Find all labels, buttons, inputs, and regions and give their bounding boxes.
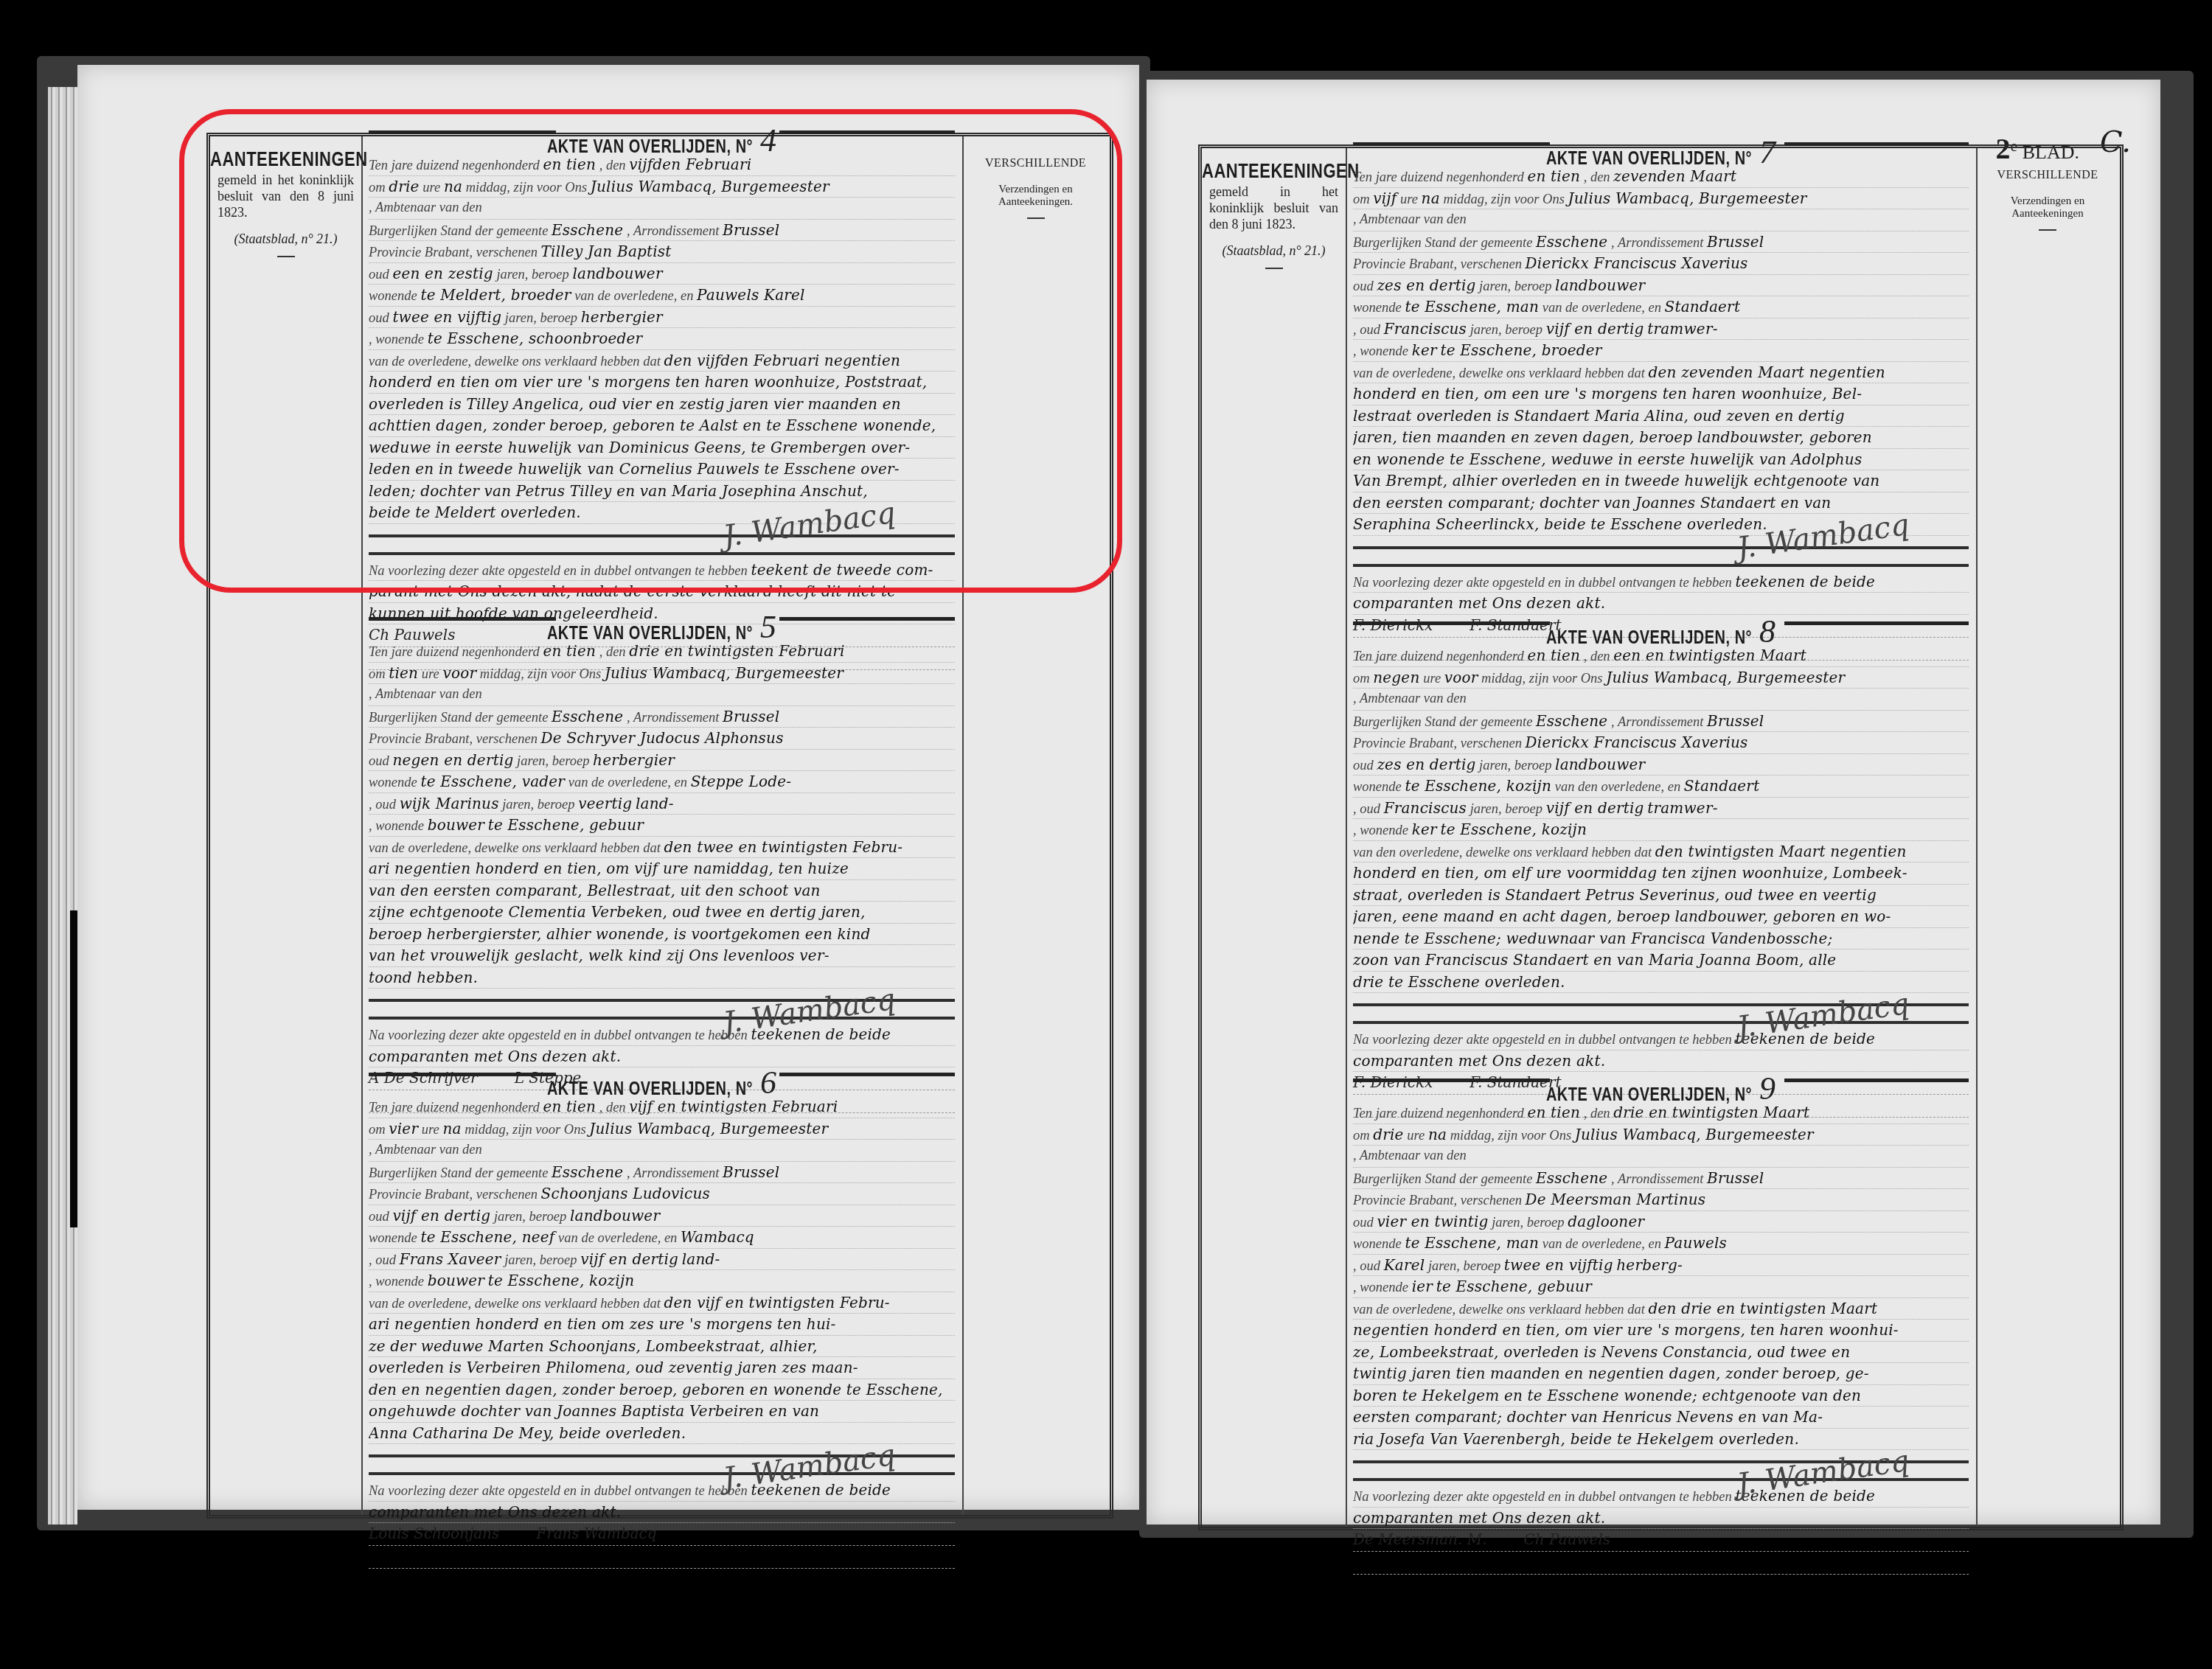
printed-text: van de overledene, en [1543, 301, 1661, 316]
printed-text: ure [1407, 1129, 1425, 1143]
act-body: Ten jare duizend negenhonderd en tien , … [1353, 645, 1969, 1118]
printed-text: Burgerlijken Stand der gemeente [369, 1166, 548, 1181]
printed-text: jaren, beroep [517, 754, 589, 769]
printed-text: Provincie Brabant, verschenen [1353, 736, 1522, 751]
handwritten-text: ker [1412, 820, 1437, 838]
handwritten-text: Esschene [552, 1163, 623, 1181]
handwritten-text: negen [1373, 669, 1419, 686]
printed-text: oud [369, 268, 389, 282]
handwritten-text: drie te Esschene overleden. [1353, 973, 1565, 991]
act-line: oud zes en dertig jaren, beroep landbouw… [1353, 275, 1969, 297]
closing-handwritten: comparanten met Ons dezen akt. [369, 1503, 621, 1521]
printed-text: middag, zijn voor Ons [480, 667, 601, 682]
handwritten-text: weduwe in eerste huwelijk van Dominicus … [369, 439, 910, 456]
handwritten-text: Julius Wambacq, Burgemeester [591, 178, 829, 195]
act-line: Ten jare duizend negenhonderd en tien , … [1353, 1102, 1969, 1124]
handwritten-text: nende te Esschene; weduwnaar van Francis… [1353, 930, 1833, 947]
act-line: ze, Lombeekstraat, overleden is Nevens C… [1353, 1342, 1969, 1364]
handwritten-text: landbouwer [1555, 276, 1645, 294]
handwritten-text: voor [442, 664, 476, 682]
printed-text: van de overledene, dewelke ons verklaard… [369, 355, 661, 369]
printed-text: jaren, beroep [1428, 1259, 1500, 1274]
closing-handwritten: comparanten met Ons dezen akt. [369, 1048, 621, 1065]
act-line: ari negentien honderd en tien, om vijf u… [369, 858, 955, 880]
act-line: van de overledene, dewelke ons verklaard… [369, 1292, 955, 1314]
handwritten-text: vijf en dertig [392, 1207, 490, 1224]
handwritten-text: te Esschene, kozijn [1405, 777, 1551, 795]
printed-text: om [369, 181, 386, 195]
death-act[interactable]: AKTE VAN OVERLIJDEN, N° 6 Ten jare duize… [369, 1064, 955, 1536]
act-line: wonende te Esschene, man van de overlede… [1353, 1233, 1969, 1255]
handwritten-text: ria Josefa Van Vaerenbergh, beide te Hek… [1353, 1430, 1799, 1448]
handwritten-text: te Esschene, vader [420, 773, 565, 790]
printed-text: Ten jare duizend negenhonderd [1353, 649, 1524, 664]
printed-text: , oud [1353, 323, 1380, 338]
printed-text: Provincie Brabant, verschenen [369, 1188, 538, 1202]
handwritten-text: zevenden Maart [1613, 167, 1736, 185]
printed-text: , Ambtenaar van den [369, 201, 482, 215]
handwritten-text: twee en vijftig [392, 308, 501, 326]
closing-line: comparanten met Ons dezen akt. [369, 1502, 955, 1524]
printed-text: , wonende [1353, 344, 1408, 359]
handwritten-text: drie en twintigsten Maart [1613, 1104, 1809, 1121]
closing-line: Na voorlezing dezer akte opgesteld en in… [1353, 571, 1969, 593]
closing-line: Na voorlezing dezer akte opgesteld en in… [369, 1480, 955, 1502]
handwritten-text: vijf [1373, 189, 1397, 207]
handwritten-text: te Esschene, gebuur [1436, 1278, 1592, 1295]
act-line: straat, overleden is Standaert Petrus Se… [1353, 885, 1969, 907]
handwritten-text: ze, Lombeekstraat, overleden is Nevens C… [1353, 1343, 1850, 1361]
title-bar [369, 617, 556, 621]
handwritten-text: den vijfden Februari negentien [664, 352, 901, 369]
printed-text: oud [369, 754, 389, 769]
death-act[interactable]: AKTE VAN OVERLIJDEN, N° 7 Ten jare duize… [1353, 133, 1969, 605]
title-bar [369, 1073, 556, 1076]
handwritten-text: voor [1444, 669, 1478, 686]
act-line: , wonende ker te Esschene, kozijn [1353, 819, 1969, 841]
handwritten-text: twee en vijftig [1504, 1256, 1613, 1274]
closing-line: Na voorlezing dezer akte opgesteld en in… [1353, 1485, 1969, 1508]
handwritten-text: den eersten comparant; dochter van Joann… [1353, 494, 1831, 512]
printed-text: , den [1584, 649, 1610, 664]
divider [277, 256, 295, 257]
handwritten-text: Karel [1384, 1256, 1425, 1274]
handwritten-text: een en twintigsten Maart [1613, 647, 1806, 664]
handwritten-text: vijf en dertig [580, 1250, 678, 1268]
handwritten-text: eersten comparant; dochter van Henricus … [1353, 1408, 1823, 1426]
margin-notes-title: AANTEEKENINGEN [1202, 159, 1346, 184]
title-bar [1784, 142, 1969, 146]
title-bar [1353, 1079, 1550, 1082]
act-line: , Ambtenaar van den [1353, 209, 1969, 231]
handwritten-text: jaren, eene maand en acht dagen, beroep … [1353, 907, 1891, 925]
title-bar [1353, 142, 1550, 146]
printed-text: , Arrondissement [627, 224, 719, 239]
act-line: van de overledene, dewelke ons verklaard… [369, 837, 955, 859]
printed-text: van den overledene, dewelke ons verklaar… [1353, 846, 1652, 860]
handwritten-text: Julius Wambacq, Burgemeester [1575, 1126, 1814, 1143]
side-column-subtitle: Verzendingen en Aanteekeningen [1978, 195, 2118, 220]
act-body: Ten jare duizend negenhonderd en tien , … [369, 154, 955, 670]
handwritten-text: honderd en tien, om elf ure voormiddag t… [1353, 864, 1907, 882]
act-line: honderd en tien, om een ure 's morgens t… [1353, 383, 1969, 405]
handwritten-text: ari negentien honderd en tien, om vijf u… [369, 860, 849, 877]
printed-text: , wonende [369, 819, 424, 834]
printed-text: wonende [369, 289, 417, 304]
printed-text: wonende [1353, 301, 1402, 316]
printed-text: , Arrondissement [627, 711, 719, 725]
printed-text: van de overledene, en [1543, 1237, 1661, 1252]
handwritten-text: en tien [1527, 1104, 1580, 1121]
handwritten-text: te Meldert, broeder [420, 286, 571, 304]
act-line: , Ambtenaar van den [369, 684, 955, 706]
printed-text: , Ambtenaar van den [369, 1143, 482, 1157]
printed-text: , Arrondissement [1611, 1172, 1703, 1187]
act-line: , wonende ier te Esschene, gebuur [1353, 1276, 1969, 1298]
handwritten-text: te Esschene, broeder [1440, 341, 1601, 359]
act-line: weduwe in eerste huwelijk van Dominicus … [369, 437, 955, 459]
handwritten-text: honderd en tien om vier ure 's morgens t… [369, 373, 927, 391]
act-line: , wonende te Esschene, schoonbroeder [369, 328, 955, 350]
handwritten-text: Dierickx Franciscus Xaverius [1526, 254, 1748, 272]
handwritten-text: beroep herbergierster, alhier wonende, i… [369, 925, 871, 943]
column-rule [1976, 148, 1978, 1527]
filler-rule [369, 542, 955, 555]
witness-signature: De Meersman. M. [1353, 1530, 1487, 1548]
closing-printed: Na voorlezing dezer akte opgesteld en in… [1353, 1033, 1732, 1048]
printed-text: van de overledene, dewelke ons verklaard… [1353, 1303, 1645, 1317]
printed-text: , oud [1353, 802, 1380, 817]
left-page: AANTEEKENINGEN gemeld in het koninklijk … [77, 65, 1139, 1510]
open-register-book: AANTEEKENINGEN gemeld in het koninklijk … [77, 65, 2160, 1576]
act-line: Burgerlijken Stand der gemeente Esschene… [1353, 1168, 1969, 1190]
handwritten-text: en tien [543, 642, 596, 660]
handwritten-text: den drie en twintigsten Maart [1649, 1300, 1878, 1317]
handwritten-text: land- [682, 1250, 720, 1268]
handwritten-text: Pauwels Karel [697, 286, 805, 304]
printed-text: , den [599, 645, 626, 660]
act-line: , oud Franciscus jaren, beroep vijf en d… [1353, 798, 1969, 820]
act-line: wonende te Meldert, broeder van de overl… [369, 285, 955, 307]
handwritten-text: negentien honderd en tien, om vier ure '… [1353, 1321, 1899, 1339]
printed-text: om [369, 667, 386, 682]
handwritten-text: zes en dertig [1377, 756, 1475, 773]
handwritten-text: landbouwer [570, 1207, 660, 1224]
printed-text: Provincie Brabant, verschenen [369, 245, 538, 260]
act-line: achttien dagen, zonder beroep, geboren t… [369, 415, 955, 437]
act-number: 4 [760, 122, 776, 158]
handwritten-text: Tilley Jan Baptist [541, 243, 672, 260]
closing-handwritten: comparanten met Ons dezen akt. [1353, 594, 1605, 612]
printed-text: Burgerlijken Stand der gemeente [369, 711, 548, 725]
act-line: jaren, tien maanden en zeven dagen, bero… [1353, 427, 1969, 449]
printed-text: , oud [1353, 1259, 1380, 1274]
act-line: om tien ure voor middag, zijn voor Ons J… [369, 663, 955, 685]
act-line: , Ambtenaar van den [1353, 689, 1969, 711]
act-line: beroep herbergierster, alhier wonende, i… [369, 924, 955, 946]
margin-notes-text: gemeld in het koninklijk besluit van den… [218, 172, 354, 220]
margin-notes: AANTEEKENINGEN gemeld in het koninklijk … [210, 136, 361, 266]
witness-signature: Frans Wambacq [536, 1525, 656, 1542]
handwritten-text: en tien [1527, 167, 1580, 185]
act-body: Ten jare duizend negenhonderd en tien , … [1353, 166, 1969, 661]
act-line: om drie ure na middag, zijn voor Ons Jul… [369, 176, 955, 198]
handwritten-text: drie en twintigsten Februari [629, 642, 844, 660]
death-act[interactable]: AKTE VAN OVERLIJDEN, N° 4 Ten jare duize… [369, 122, 955, 593]
handwritten-text: Van Brempt, alhier overleden en in tweed… [1353, 472, 1879, 489]
handwritten-text: na [444, 178, 462, 195]
handwritten-text: jaren, tien maanden en zeven dagen, bero… [1353, 428, 1872, 446]
handwritten-text: ongehuwde dochter van Joannes Baptista V… [369, 1402, 819, 1420]
act-line: , Ambtenaar van den [1353, 1146, 1969, 1168]
printed-text: , Arrondissement [627, 1166, 719, 1181]
margin-notes-title: AANTEEKENINGEN [210, 147, 361, 172]
printed-text: middag, zijn voor Ons [465, 1123, 585, 1137]
printed-text: jaren, beroep [1470, 323, 1543, 338]
act-line: , oud Frans Xaveer jaren, beroep vijf en… [369, 1249, 955, 1271]
handwritten-text: leden en in tweede huwelijk van Corneliu… [369, 460, 900, 478]
death-act[interactable]: AKTE VAN OVERLIJDEN, N° 9 Ten jare duize… [1353, 1070, 1969, 1541]
handwritten-text: negen en dertig [392, 751, 513, 769]
handwritten-text: Schoonjans Ludovicus [541, 1185, 710, 1202]
printed-text: middag, zijn voor Ons [1450, 1129, 1571, 1143]
handwritten-text: ze der weduwe Marten Schoonjans, Lombeek… [369, 1337, 818, 1355]
act-line: en wonende te Esschene, weduwe in eerste… [1353, 449, 1969, 471]
printed-text: om [1353, 192, 1370, 207]
printed-text: oud [369, 311, 389, 326]
handwritten-text: straat, overleden is Standaert Petrus Se… [1353, 886, 1877, 904]
handwritten-text: een en zestig [392, 265, 493, 282]
printed-text: , Ambtenaar van den [1353, 212, 1467, 227]
handwritten-text: te Esschene, man [1405, 298, 1539, 316]
act-line: leden en in tweede huwelijk van Corneliu… [369, 459, 955, 481]
act-line: van de overledene, dewelke ons verklaard… [369, 350, 955, 372]
act-line: oud negen en dertig jaren, beroep herber… [369, 750, 955, 772]
death-act[interactable]: AKTE VAN OVERLIJDEN, N° 8 Ten jare duize… [1353, 613, 1969, 1084]
act-line: jaren, eene maand en acht dagen, beroep … [1353, 906, 1969, 928]
handwritten-text: Julius Wambacq, Burgemeester [605, 664, 844, 682]
handwritten-text: vijf en dertig [1546, 799, 1644, 817]
death-act[interactable]: AKTE VAN OVERLIJDEN, N° 5 Ten jare duize… [369, 608, 955, 1080]
closing-handwritten: teekenen de beide [1735, 573, 1875, 590]
handwritten-text: te Esschene, man [1405, 1234, 1539, 1252]
act-line: toond hebben. [369, 967, 955, 989]
printed-text: , den [1584, 170, 1610, 185]
title-bar [1784, 621, 1969, 625]
handwritten-text: na [1428, 1126, 1447, 1143]
title-bar [779, 617, 956, 621]
title-bar [779, 1073, 956, 1076]
side-column-title: VERSCHILLENDE [1978, 169, 2118, 182]
act-line: , wonende bouwer te Esschene, gebuur [369, 815, 955, 837]
witness-signature: Ch Pauwels [1524, 1530, 1611, 1548]
closing-handwritten: teekent de tweede com- [751, 561, 933, 579]
act-number: 8 [1759, 613, 1775, 649]
handwritten-text: en tien [543, 1098, 596, 1115]
handwritten-text: te Esschene, neef [420, 1228, 554, 1246]
handwritten-text: Julius Wambacq, Burgemeester [589, 1120, 828, 1137]
column-rule [361, 136, 363, 1515]
handwritten-text: Brussel [723, 221, 779, 239]
handwritten-text: Franciscus [1384, 799, 1467, 817]
handwritten-text: van het vrouwelijk geslacht, welk kind z… [369, 947, 829, 964]
act-line: wonende te Esschene, vader van de overle… [369, 771, 955, 793]
closing-printed: Na voorlezing dezer akte opgesteld en in… [1353, 1490, 1732, 1505]
act-line: nende te Esschene; weduwnaar van Francis… [1353, 928, 1969, 950]
handwritten-text: ier [1412, 1278, 1433, 1295]
act-line: Burgerlijken Stand der gemeente Esschene… [369, 220, 955, 242]
act-line: , oud Franciscus jaren, beroep vijf en d… [1353, 318, 1969, 341]
printed-text: ure [1400, 192, 1418, 207]
act-body: Ten jare duizend negenhonderd en tien , … [369, 1096, 955, 1569]
handwritten-text: zes en dertig [1377, 276, 1475, 294]
printed-text: Ten jare duizend negenhonderd [1353, 1107, 1524, 1121]
signature-row: Louis SchoonjansFrans Wambacq [369, 1523, 955, 1546]
handwritten-text: Esschene [1536, 1169, 1607, 1187]
handwritten-text: drie [1373, 1126, 1403, 1143]
act-line: oud twee en vijftig jaren, beroep herber… [369, 307, 955, 329]
handwritten-text: herbergier [593, 751, 675, 769]
handwritten-text: Wambacq [681, 1228, 754, 1246]
act-line: van den eersten comparant, Bellestraat, … [369, 880, 955, 902]
printed-text: van de overledene, dewelke ons verklaard… [369, 841, 661, 856]
column-rule [962, 136, 964, 1515]
act-title: AKTE VAN OVERLIJDEN, N° 7 [1353, 133, 1969, 156]
printed-text: , oud [369, 1253, 396, 1268]
act-line: Provincie Brabant, verschenen Tilley Jan… [369, 241, 955, 263]
printed-text: Ten jare duizend negenhonderd [369, 158, 540, 173]
act-line: , oud wijk Marinus jaren, beroep veertig… [369, 793, 955, 815]
act-title: AKTE VAN OVERLIJDEN, N° 6 [369, 1064, 955, 1086]
act-title: AKTE VAN OVERLIJDEN, N° 4 [369, 122, 955, 144]
handwritten-text: vijf en dertig [1546, 320, 1644, 338]
handwritten-text: Seraphina Scheerlinckx, beide te Esschen… [1353, 515, 1767, 533]
printed-text: jaren, beroep [494, 1210, 566, 1224]
right-page-frame: AANTEEKENINGEN gemeld in het koninklijk … [1198, 144, 2124, 1530]
printed-text: , Ambtenaar van den [369, 687, 482, 702]
handwritten-text: landbouwer [1555, 756, 1645, 773]
printed-text: ure [422, 667, 439, 682]
divider [1027, 217, 1045, 219]
handwritten-text: Brussel [723, 708, 779, 725]
closing-printed: Na voorlezing dezer akte opgesteld en in… [1353, 576, 1732, 590]
act-number: 7 [1759, 134, 1775, 170]
act-line: om vijf ure na middag, zijn voor Ons Jul… [1353, 188, 1969, 210]
handwritten-text: tramwer- [1647, 799, 1717, 817]
printed-text: jaren, beroep [505, 311, 577, 326]
act-line: Anna Catharina De Mey, beide overleden. [369, 1423, 955, 1445]
signature-row [369, 1546, 955, 1569]
act-line: om vier ure na middag, zijn voor Ons Jul… [369, 1118, 955, 1140]
printed-text: Ten jare duizend negenhonderd [369, 645, 540, 660]
page-edges [48, 87, 77, 1525]
left-page-frame: AANTEEKENINGEN gemeld in het koninklijk … [206, 133, 1113, 1519]
printed-text: wonende [369, 776, 417, 790]
closing-handwritten: comparanten met Ons dezen akt. [1353, 1509, 1605, 1527]
handwritten-text: den en negentien dagen, zonder beroep, g… [369, 1381, 943, 1398]
act-line: oud vijf en dertig jaren, beroep landbou… [369, 1205, 955, 1227]
printed-text: middag, zijn voor Ons [466, 181, 587, 195]
divider [1265, 268, 1283, 269]
act-line: Ten jare duizend negenhonderd en tien , … [1353, 166, 1969, 188]
handwritten-text: Esschene [552, 708, 623, 725]
printed-text: middag, zijn voor Ons [1481, 672, 1602, 686]
handwritten-text: te Esschene, kozijn [1440, 820, 1587, 838]
witness-signature: Louis Schoonjans [369, 1525, 499, 1542]
handwritten-text: en tien [543, 156, 596, 173]
handwritten-text: vijfden Februari [629, 156, 751, 173]
handwritten-text: honderd en tien, om een ure 's morgens t… [1353, 385, 1862, 403]
handwritten-text: Frans Xaveer [400, 1250, 501, 1268]
act-line: , wonende bouwer te Esschene, kozijn [369, 1270, 955, 1292]
printed-text: Ten jare duizend negenhonderd [369, 1101, 540, 1115]
handwritten-text: Standaert [1684, 777, 1760, 795]
handwritten-text: Brussel [1707, 712, 1764, 730]
handwritten-text: tien [389, 664, 418, 682]
act-line: Provincie Brabant, verschenen De Schryve… [369, 728, 955, 750]
act-line: Burgerlijken Stand der gemeente Esschene… [1353, 231, 1969, 254]
closing-line: Na voorlezing dezer akte opgesteld en in… [369, 560, 955, 582]
printed-text: wonende [369, 1231, 417, 1246]
handwritten-text: bouwer [428, 1272, 484, 1289]
act-line: wonende te Esschene, man van de overlede… [1353, 296, 1969, 318]
handwritten-text: landbouwer [572, 265, 662, 282]
printed-text: , den [599, 1101, 626, 1115]
handwritten-text: Brussel [723, 1163, 779, 1181]
printed-text: om [1353, 672, 1370, 686]
printed-text: Provincie Brabant, verschenen [1353, 1194, 1522, 1208]
act-line: drie te Esschene overleden. [1353, 972, 1969, 994]
act-number: 6 [760, 1065, 776, 1101]
printed-text: , wonende [369, 332, 424, 347]
printed-text: van de overledene, dewelke ons verklaard… [1353, 366, 1645, 381]
side-column: VERSCHILLENDE Verzendingen en Aanteekeni… [964, 136, 1107, 228]
printed-text: middag, zijn voor Ons [1443, 192, 1564, 207]
handwritten-text: den twintigsten Maart negentien [1655, 843, 1907, 860]
act-line: overleden is Tilley Angelica, oud vier e… [369, 394, 955, 416]
printed-text: Burgerlijken Stand der gemeente [369, 224, 548, 239]
margin-notes-ref: (Staatsblad, n° 21.) [1209, 243, 1338, 259]
act-line: , wonende ker te Esschene, broeder [1353, 340, 1969, 362]
printed-text: Ten jare duizend negenhonderd [1353, 170, 1524, 185]
act-line: twintig jaren tien maanden en negentien … [1353, 1363, 1969, 1385]
signature-row: De Meersman. M.Ch Pauwels [1353, 1529, 1969, 1552]
act-line: Burgerlijken Stand der gemeente Esschene… [369, 706, 955, 728]
handwritten-text: Brussel [1707, 1169, 1764, 1187]
handwritten-text: Esschene [1536, 233, 1607, 251]
printed-text: jaren, beroep [504, 1253, 577, 1268]
printed-text: , Ambtenaar van den [1353, 691, 1467, 706]
act-body: Ten jare duizend negenhonderd en tien , … [1353, 1102, 1969, 1575]
act-line: om negen ure voor middag, zijn voor Ons … [1353, 667, 1969, 689]
title-bar [1353, 621, 1550, 625]
act-line: zijne echtgenoote Clementia Verbeken, ou… [369, 902, 955, 924]
side-column-subtitle: Verzendingen en Aanteekeningen. [964, 184, 1107, 209]
handwritten-text: en wonende te Esschene, weduwe in eerste… [1353, 450, 1862, 468]
handwritten-text: Steppe Lode- [691, 773, 792, 790]
printed-text: jaren, beroep [1492, 1216, 1564, 1230]
act-line: Provincie Brabant, verschenen Dierickx F… [1353, 732, 1969, 754]
handwritten-text: na [442, 1120, 461, 1137]
act-line: Provincie Brabant, verschenen De Meersma… [1353, 1189, 1969, 1211]
margin-notes: AANTEEKENINGEN gemeld in het koninklijk … [1202, 148, 1346, 278]
act-line: den eersten comparant; dochter van Joann… [1353, 492, 1969, 515]
handwritten-text: achttien dagen, zonder beroep, geboren t… [369, 417, 936, 434]
title-bar [779, 130, 956, 134]
printed-text: , wonende [1353, 1281, 1408, 1295]
closing-line: comparanten met Ons dezen akt. [1353, 1508, 1969, 1530]
handwritten-text: vier [389, 1120, 418, 1137]
